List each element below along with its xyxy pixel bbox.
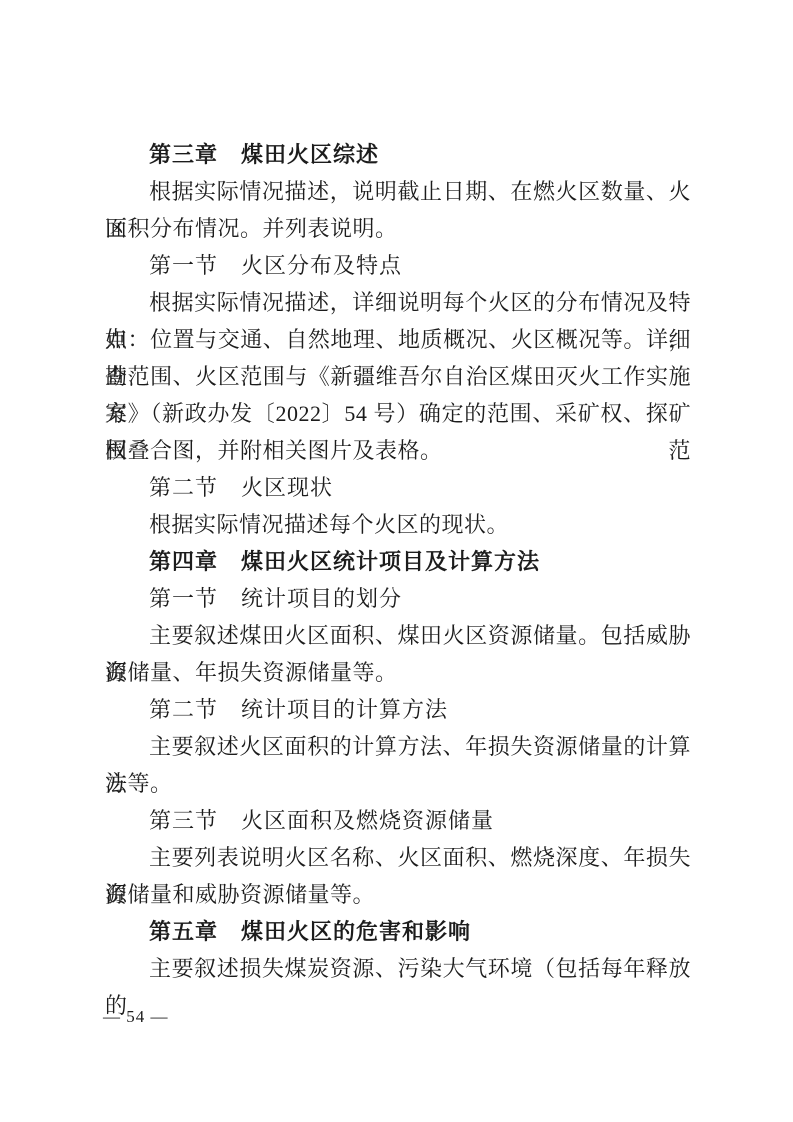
body-text-line: 法等。 — [105, 765, 691, 802]
body-text-line: 根据实际情况描述，说明截止日期、在燃火区数量、火区 — [105, 173, 691, 210]
body-text-line: 主要叙述煤田火区面积、煤田火区资源储量。包括威胁资 — [105, 617, 691, 654]
body-text-line: 主要列表说明火区名称、火区面积、燃烧深度、年损失资 — [105, 839, 691, 876]
chapter-heading: 第四章 煤田火区统计项目及计算方法 — [105, 543, 691, 580]
document-page: 第三章 煤田火区综述 根据实际情况描述，说明截止日期、在燃火区数量、火区 面积分… — [0, 0, 793, 1122]
section-heading: 第三节 火区面积及燃烧资源储量 — [105, 802, 691, 839]
chapter-heading: 第五章 煤田火区的危害和影响 — [105, 913, 691, 950]
section-heading: 第一节 火区分布及特点 — [105, 247, 691, 284]
body-text-line: 查范围、火区范围与《新疆维吾尔自治区煤田灭火工作实施方 — [105, 358, 691, 395]
section-heading: 第一节 统计项目的划分 — [105, 580, 691, 617]
body-text-line: 案》（新政办发〔2022〕54 号）确定的范围、采矿权、探矿权范 — [105, 395, 691, 432]
chapter-heading: 第三章 煤田火区综述 — [105, 136, 691, 173]
section-heading: 第二节 火区现状 — [105, 469, 691, 506]
body-text-line: 如：位置与交通、自然地理、地质概况、火区概况等。详细勘 — [105, 321, 691, 358]
body-text-line: 根据实际情况描述每个火区的现状。 — [105, 506, 691, 543]
body-text-line: 主要叙述火区面积的计算方法、年损失资源储量的计算方 — [105, 728, 691, 765]
body-text-line: 面积分布情况。并列表说明。 — [105, 210, 691, 247]
body-text-line: 主要叙述损失煤炭资源、污染大气环境（包括每年释放的 — [105, 950, 691, 987]
body-text-line: 源储量和威胁资源储量等。 — [105, 876, 691, 913]
page-number: — 54 — — [103, 1007, 169, 1027]
document-body: 第三章 煤田火区综述 根据实际情况描述，说明截止日期、在燃火区数量、火区 面积分… — [105, 136, 691, 987]
body-text-line: 根据实际情况描述，详细说明每个火区的分布情况及特点， — [105, 284, 691, 321]
body-text-line: 源储量、年损失资源储量等。 — [105, 654, 691, 691]
section-heading: 第二节 统计项目的计算方法 — [105, 691, 691, 728]
